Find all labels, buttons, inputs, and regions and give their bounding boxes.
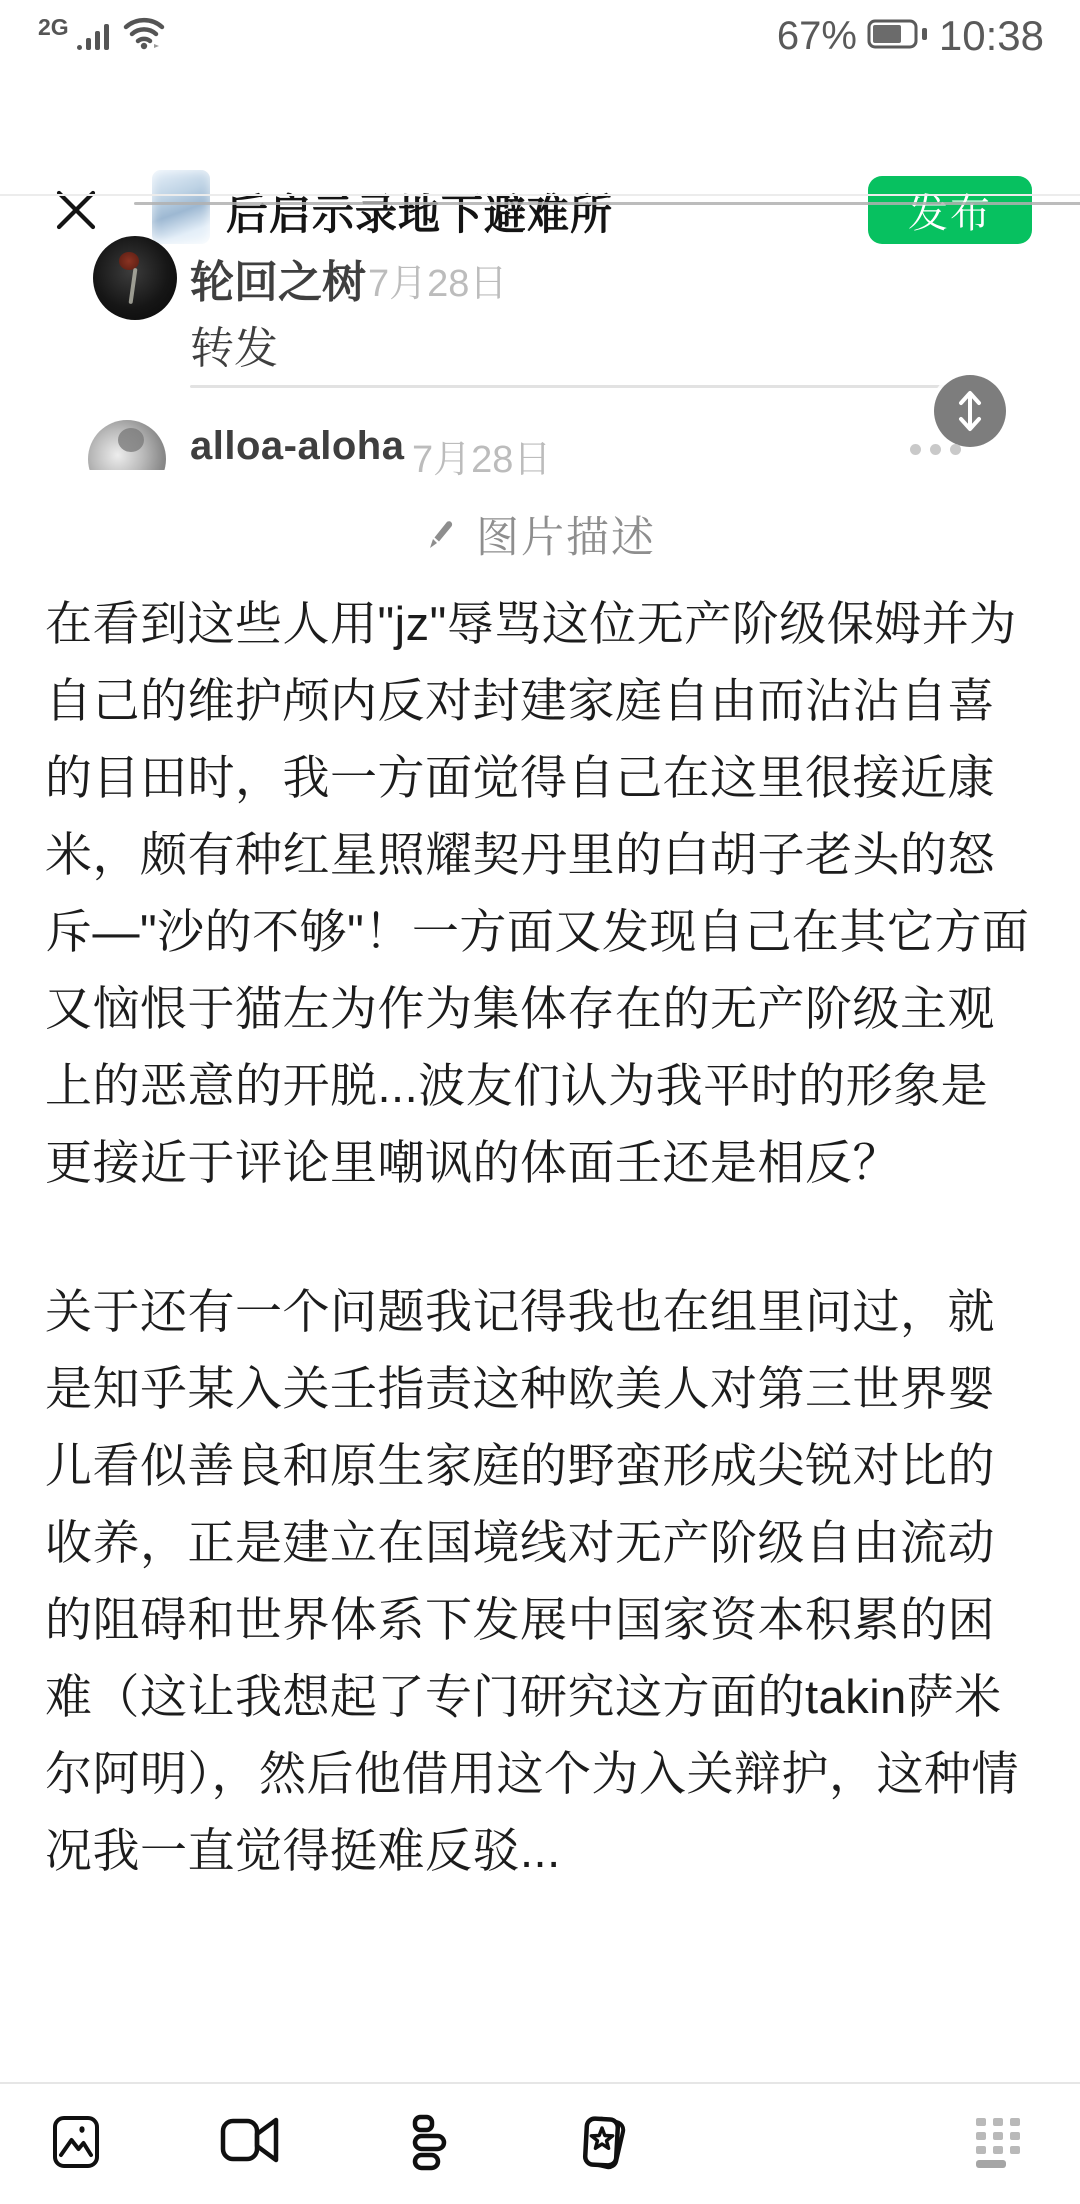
image-segment-divider — [190, 385, 960, 388]
keyboard-icon — [968, 2116, 1030, 2170]
paragraph-1: 在看到这些人用"jz"辱骂这位无产阶级保姆并为自己的维护颅内反对封建家庭自由而沾… — [45, 585, 1035, 1201]
clock-label: 10:38 — [939, 12, 1044, 60]
compose-screen: 2G 67% — [0, 0, 1080, 2204]
status-right: 67% 10:38 — [777, 12, 1044, 60]
repost-action-text: 转发 — [190, 312, 278, 376]
avatar-photo-detail — [118, 428, 144, 452]
repost-user-avatar — [93, 236, 177, 320]
header-divider — [0, 194, 1080, 196]
publish-button[interactable]: 发布 — [868, 176, 1032, 244]
pencil-icon — [424, 517, 460, 553]
add-poll-button[interactable] — [400, 2112, 460, 2179]
publish-button-label: 发布 — [908, 182, 992, 239]
group-thumbnail — [152, 170, 210, 244]
original-post-date: 7月28日 — [412, 428, 551, 483]
original-user-avatar — [88, 420, 166, 470]
battery-percent-label: 67% — [777, 14, 857, 59]
image-description-button[interactable]: 图片描述 — [0, 504, 1080, 565]
image-resize-handle[interactable] — [934, 375, 1006, 447]
more-icon[interactable] — [910, 444, 961, 455]
paragraph-2: 关于还有一个问题我记得我也在组里问过，就是知乎某入关壬指责这种欧美人对第三世界婴… — [45, 1273, 1035, 1889]
photo-icon — [46, 2112, 106, 2172]
video-icon — [218, 2112, 284, 2168]
add-sticker-button[interactable] — [572, 2112, 638, 2183]
battery-icon — [867, 17, 929, 56]
compose-toolbar — [0, 2082, 1080, 2204]
attachment-top-edge — [134, 202, 1080, 205]
add-photo-button[interactable] — [46, 2112, 106, 2177]
hide-keyboard-button[interactable] — [968, 2116, 1030, 2175]
avatar-artwork-detail — [129, 268, 138, 304]
signal-strength-icon — [75, 14, 115, 59]
network-type-label: 2G — [38, 16, 69, 39]
repost-user-name: 轮回之树 — [190, 246, 366, 310]
add-video-button[interactable] — [218, 2112, 284, 2173]
screenshot-body-text: 在看到这些人用"jz"辱骂这位无产阶级保姆并为自己的维护颅内反对封建家庭自由而沾… — [45, 585, 1035, 1889]
image-description-label: 图片描述 — [476, 504, 656, 565]
original-user-name: alloa-aloha — [190, 424, 404, 469]
compose-header: 后启示录地下避难所 发布 — [0, 78, 1080, 196]
status-left: 2G — [38, 14, 167, 59]
status-bar: 2G 67% — [0, 0, 1080, 78]
resize-vertical-icon — [950, 388, 990, 434]
wifi-icon — [121, 14, 167, 59]
sticker-star-icon — [572, 2112, 638, 2178]
group-title: 后启示录地下避难所 — [226, 182, 613, 242]
repost-date: 7月28日 — [368, 252, 507, 307]
poll-icon — [400, 2112, 460, 2174]
